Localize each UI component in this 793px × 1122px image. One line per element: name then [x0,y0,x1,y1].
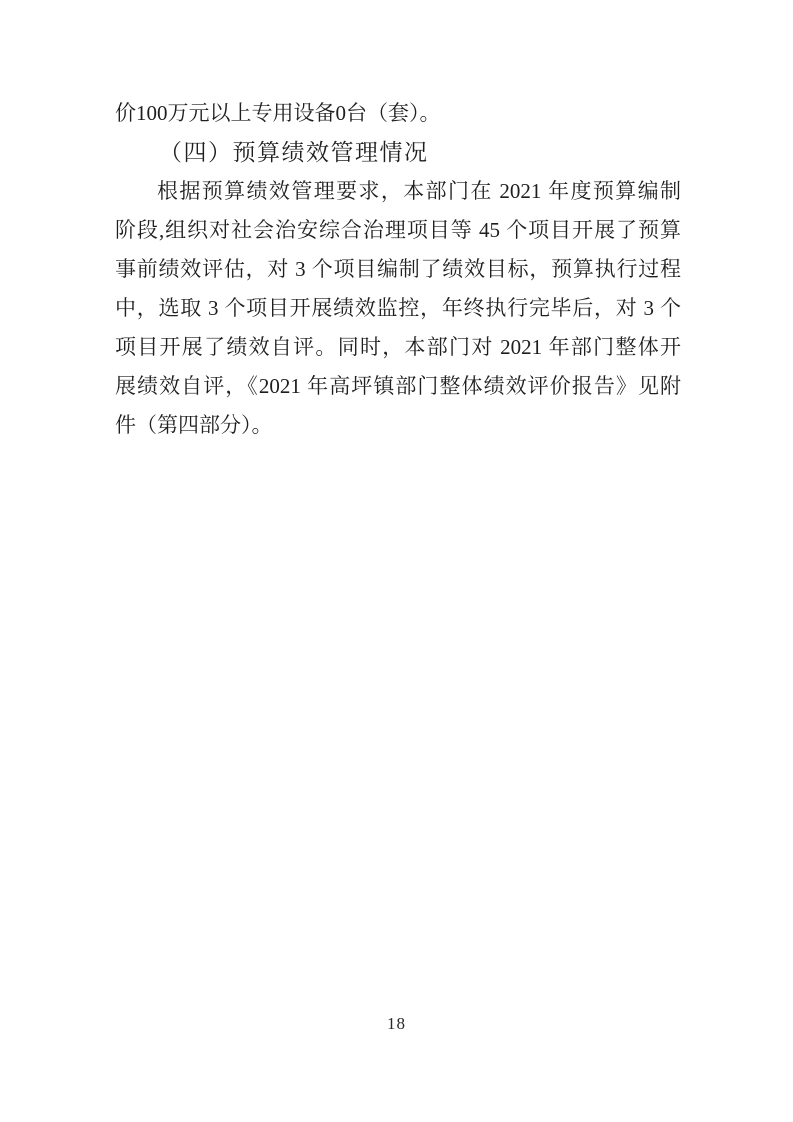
page-number: 18 [0,1014,793,1034]
paragraph-line: 展绩效自评，《2021 年高坪镇部门整体绩效评价报告》见附 [115,367,681,406]
paragraph-last-line: 件（第四部分）。 [115,406,681,445]
paragraph-line: 阶段,组织对社会治安综合治理项目等 45 个项目开展了预算 [115,211,681,250]
paragraph-line: 根据预算绩效管理要求，本部门在 2021 年度预算编制 [115,172,681,211]
section-heading: （四）预算绩效管理情况 [115,133,681,172]
paragraph-line: 项目开展了绩效自评。同时，本部门对 2021 年部门整体开 [115,328,681,367]
body-text-block: 价100万元以上专用设备0台（套）。 （四）预算绩效管理情况 根据预算绩效管理要… [115,94,681,445]
paragraph-line: 事前绩效评估，对 3 个项目编制了绩效目标，预算执行过程 [115,250,681,289]
paragraph-line: 中，选取 3 个项目开展绩效监控，年终执行完毕后，对 3 个 [115,289,681,328]
paragraph-continuation-line: 价100万元以上专用设备0台（套）。 [115,94,681,133]
document-page: 价100万元以上专用设备0台（套）。 （四）预算绩效管理情况 根据预算绩效管理要… [0,0,793,1122]
